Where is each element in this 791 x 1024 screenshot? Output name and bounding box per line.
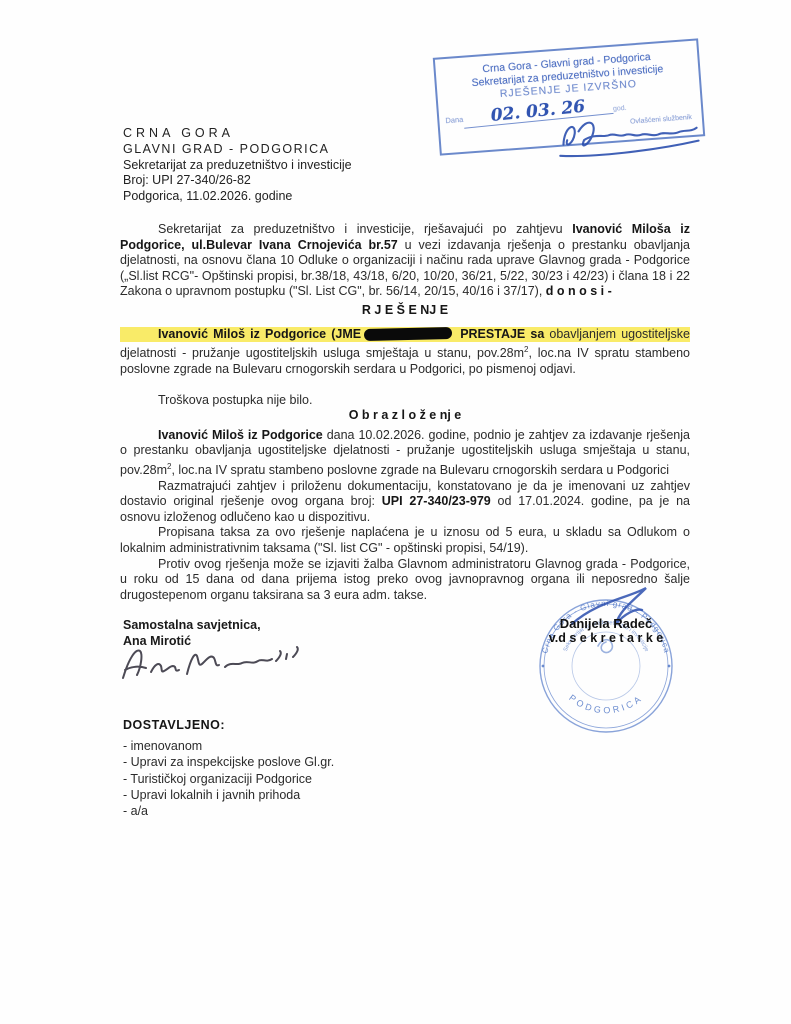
text-run: djelatnosti - pružanje ugostiteljskih us… [120, 346, 524, 360]
decision-title: R J E Š E NJ E [120, 303, 690, 319]
explanation-paragraph-3: Propisana taksa za ovo rješenje naplaćen… [120, 525, 690, 556]
delivery-heading: DOSTAVLJENO: [123, 718, 334, 732]
letterhead-case-number: Broj: UPI 27-340/26-82 [123, 173, 352, 189]
right-signer-name: Danijela Radeč [518, 616, 694, 631]
seal-bottom-text: PODGORICA [567, 693, 645, 716]
text-run: obavljanjem ugostiteljske [544, 327, 690, 341]
letterhead-place-date: Podgorica, 11.02.2026. godine [123, 189, 352, 205]
left-signer-role: Samostalna savjetnica, [123, 617, 261, 633]
stamp-date-label: Dana [445, 115, 464, 128]
list-item: - Upravi lokalnih i javnih prihoda [123, 787, 334, 803]
costs-line: Troškova postupka nije bilo. [120, 393, 690, 409]
dispositive-highlighted-line: Ivanović Miloš iz Podgorice (JME PRESTAJ… [120, 327, 690, 343]
letterhead: CRNA GORA GLAVNI GRAD - PODGORICA Sekret… [123, 126, 352, 205]
scanned-document-page: Crna Gora - Glavni grad - Podgorica Sekr… [0, 0, 791, 1024]
text-run: UPI 27-340/23-979 [382, 494, 491, 508]
svg-text:PODGORICA: PODGORICA [567, 693, 645, 716]
redaction-bar [364, 327, 452, 341]
list-item: - Upravi za inspekcijske poslove Gl.gr. [123, 754, 334, 770]
letterhead-country: CRNA GORA [123, 126, 352, 142]
handwritten-signature-icon [549, 105, 702, 162]
left-handwritten-signature-icon [115, 640, 310, 688]
letterhead-city: GLAVNI GRAD - PODGORICA [123, 142, 352, 158]
delivery-items: - imenovanom- Upravi za inspekcijske pos… [123, 738, 334, 819]
text-run: Ivanović Miloš iz Podgorice [158, 428, 323, 442]
right-signer-role: v.d s e k r e t a r k e [518, 631, 694, 646]
text-run: , loc.na IV spratu stambeno poslovne zgr… [171, 463, 669, 477]
list-item: - imenovanom [123, 738, 334, 754]
explanation-paragraph-1: Ivanović Miloš iz Podgorice dana 10.02.2… [120, 428, 690, 479]
explanation-paragraph-2: Razmatrajući zahtjev i priloženu dokumen… [120, 479, 690, 526]
letterhead-department: Sekretarijat za preduzetništvo i investi… [123, 158, 352, 174]
text-run: PRESTAJE sa [455, 327, 544, 341]
explanation-title: O b r a z l o ž e nj e [120, 408, 690, 424]
document-body: Sekretarijat za preduzetništvo i investi… [120, 222, 690, 603]
list-item: - a/a [123, 803, 334, 819]
executed-stamp: Crna Gora - Glavni grad - Podgorica Sekr… [433, 38, 705, 155]
right-signature-block: Danijela Radeč v.d s e k r e t a r k e [518, 616, 694, 646]
list-item: - Turističkoj organizaciji Podgorice [123, 771, 334, 787]
text-run: d o n o s i - [546, 284, 612, 298]
text-run: Sekretarijat za preduzetništvo i investi… [158, 222, 572, 236]
delivery-list-block: DOSTAVLJENO: - imenovanom- Upravi za ins… [123, 718, 334, 819]
text-run: Ivanović Miloš iz Podgorice (JME [158, 327, 361, 341]
round-official-seal-icon: Crna Gora - Glavni grad - Podgorica Sekr… [520, 580, 692, 752]
dispositive-continuation: djelatnosti - pružanje ugostiteljskih us… [120, 342, 690, 377]
intro-paragraph: Sekretarijat za preduzetništvo i investi… [120, 222, 690, 300]
text-run: Propisana taksa za ovo rješenje naplaćen… [120, 525, 690, 555]
